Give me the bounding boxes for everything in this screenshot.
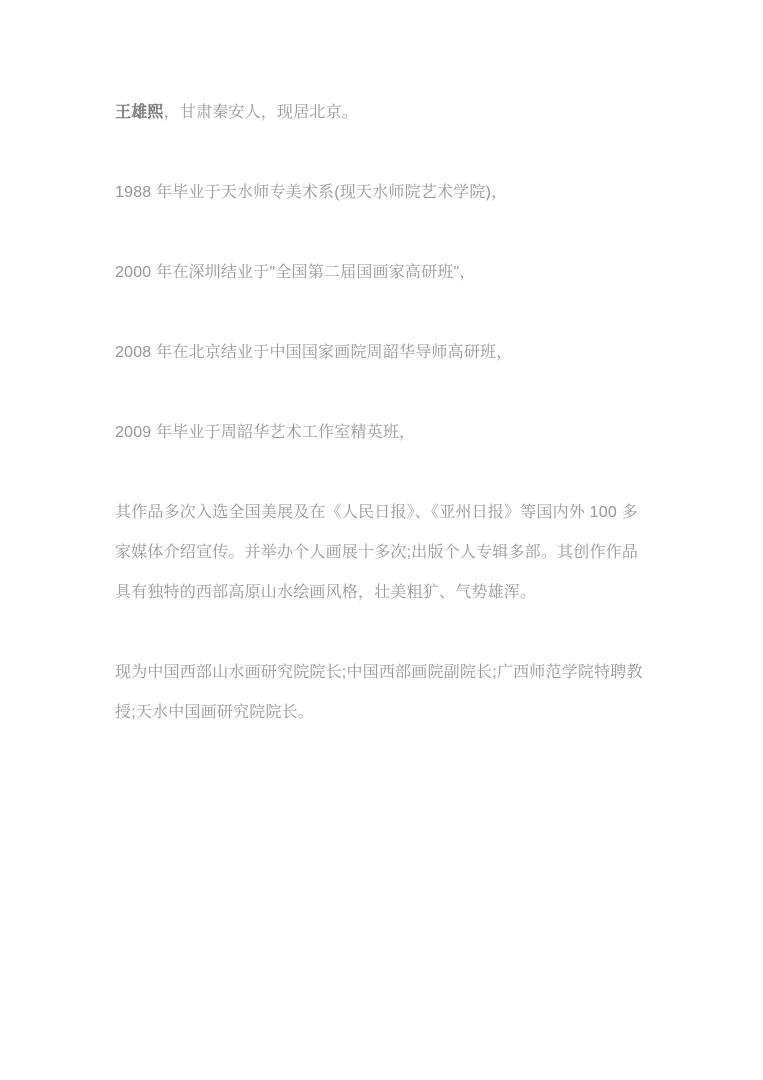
- paragraph-achievements: 其作品多次入选全国美展及在《人民日报》、《亚州日报》等国内外 100 多家媒体介…: [115, 493, 648, 613]
- paragraph-education-2009: 2009 年毕业于周韶华艺术工作室精英班，: [115, 413, 648, 453]
- paragraph-education-2000: 2000 年在深圳结业于"全国第二届国画家高研班"，: [115, 253, 648, 293]
- paragraph-education-1988: 1988 年毕业于天水师专美术系(现天水师院艺术学院)，: [115, 173, 648, 213]
- paragraph-education-2008: 2008 年在北京结业于中国国家画院周韶华导师高研班，: [115, 333, 648, 373]
- intro-text: ，甘肃秦安人，现居北京。: [164, 104, 358, 121]
- author-name: 王雄熙: [115, 104, 164, 121]
- paragraph-current-positions: 现为中国西部山水画研究院院长;中国西部画院副院长;广西师范学院特聘教授;天水中国…: [115, 653, 648, 733]
- document-page: 王雄熙，甘肃秦安人，现居北京。 1988 年毕业于天水师专美术系(现天水师院艺术…: [0, 0, 763, 1080]
- paragraph-intro: 王雄熙，甘肃秦安人，现居北京。: [115, 93, 648, 133]
